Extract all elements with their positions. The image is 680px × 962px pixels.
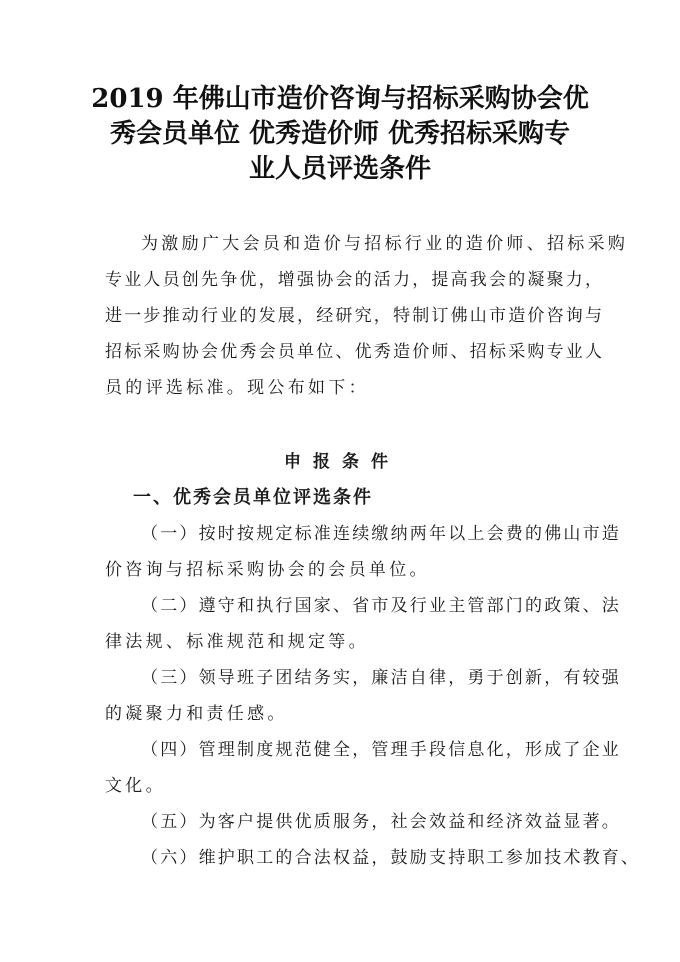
- criteria-item-5: （五）为客户提供优质服务，社会效益和经济效益显著。: [105, 804, 579, 840]
- intro-line: 进一步推动行业的发展，经研究，特制订佛山市造价咨询与: [105, 298, 579, 334]
- title-line-3: 业人员评选条件: [90, 152, 590, 187]
- criteria-line: 文化。: [105, 768, 579, 804]
- criteria-item-4: （四）管理制度规范健全，管理手段信息化，形成了企业 文化。: [105, 732, 579, 804]
- document-body: 为激励广大会员和造价与招标行业的造价师、招标采购 专业人员创先争优，增强协会的活…: [105, 226, 579, 876]
- title-line-2: 秀会员单位 优秀造价师 优秀招标采购专: [90, 117, 590, 152]
- criteria-line: （一）按时按规定标准连续缴纳两年以上会费的佛山市造: [105, 516, 579, 552]
- criteria-item-3: （三）领导班子团结务实，廉洁自律，勇于创新，有较强 的凝聚力和责任感。: [105, 660, 579, 732]
- criteria-item-1: （一）按时按规定标准连续缴纳两年以上会费的佛山市造 价咨询与招标采购协会的会员单…: [105, 516, 579, 588]
- sub-heading: 一、优秀会员单位评选条件: [105, 480, 579, 516]
- spacer: [105, 406, 579, 444]
- criteria-line: 的凝聚力和责任感。: [105, 696, 579, 732]
- criteria-line: （三）领导班子团结务实，廉洁自律，勇于创新，有较强: [105, 660, 579, 696]
- criteria-line: （二）遵守和执行国家、省市及行业主管部门的政策、法: [105, 588, 579, 624]
- intro-line: 为激励广大会员和造价与招标行业的造价师、招标采购: [105, 226, 579, 262]
- document-title: 2019 年佛山市造价咨询与招标采购协会优 秀会员单位 优秀造价师 优秀招标采购…: [90, 82, 590, 187]
- criteria-line: （四）管理制度规范健全，管理手段信息化，形成了企业: [105, 732, 579, 768]
- intro-line: 招标采购协会优秀会员单位、优秀造价师、招标采购专业人: [105, 334, 579, 370]
- intro-line: 员的评选标准。现公布如下：: [105, 370, 579, 406]
- section-heading: 申报条件: [105, 444, 579, 480]
- intro-paragraph: 为激励广大会员和造价与招标行业的造价师、招标采购 专业人员创先争优，增强协会的活…: [105, 226, 579, 406]
- criteria-line: 价咨询与招标采购协会的会员单位。: [105, 552, 579, 588]
- title-line-1: 2019 年佛山市造价咨询与招标采购协会优: [90, 82, 590, 117]
- criteria-item-6: （六）维护职工的合法权益，鼓励支持职工参加技术教育、: [105, 840, 579, 876]
- criteria-item-2: （二）遵守和执行国家、省市及行业主管部门的政策、法 律法规、标准规范和规定等。: [105, 588, 579, 660]
- document-page: 2019 年佛山市造价咨询与招标采购协会优 秀会员单位 优秀造价师 优秀招标采购…: [0, 0, 680, 962]
- criteria-line: 律法规、标准规范和规定等。: [105, 624, 579, 660]
- criteria-line: （五）为客户提供优质服务，社会效益和经济效益显著。: [105, 804, 579, 840]
- criteria-line: （六）维护职工的合法权益，鼓励支持职工参加技术教育、: [105, 840, 579, 876]
- intro-line: 专业人员创先争优，增强协会的活力，提高我会的凝聚力，: [105, 262, 579, 298]
